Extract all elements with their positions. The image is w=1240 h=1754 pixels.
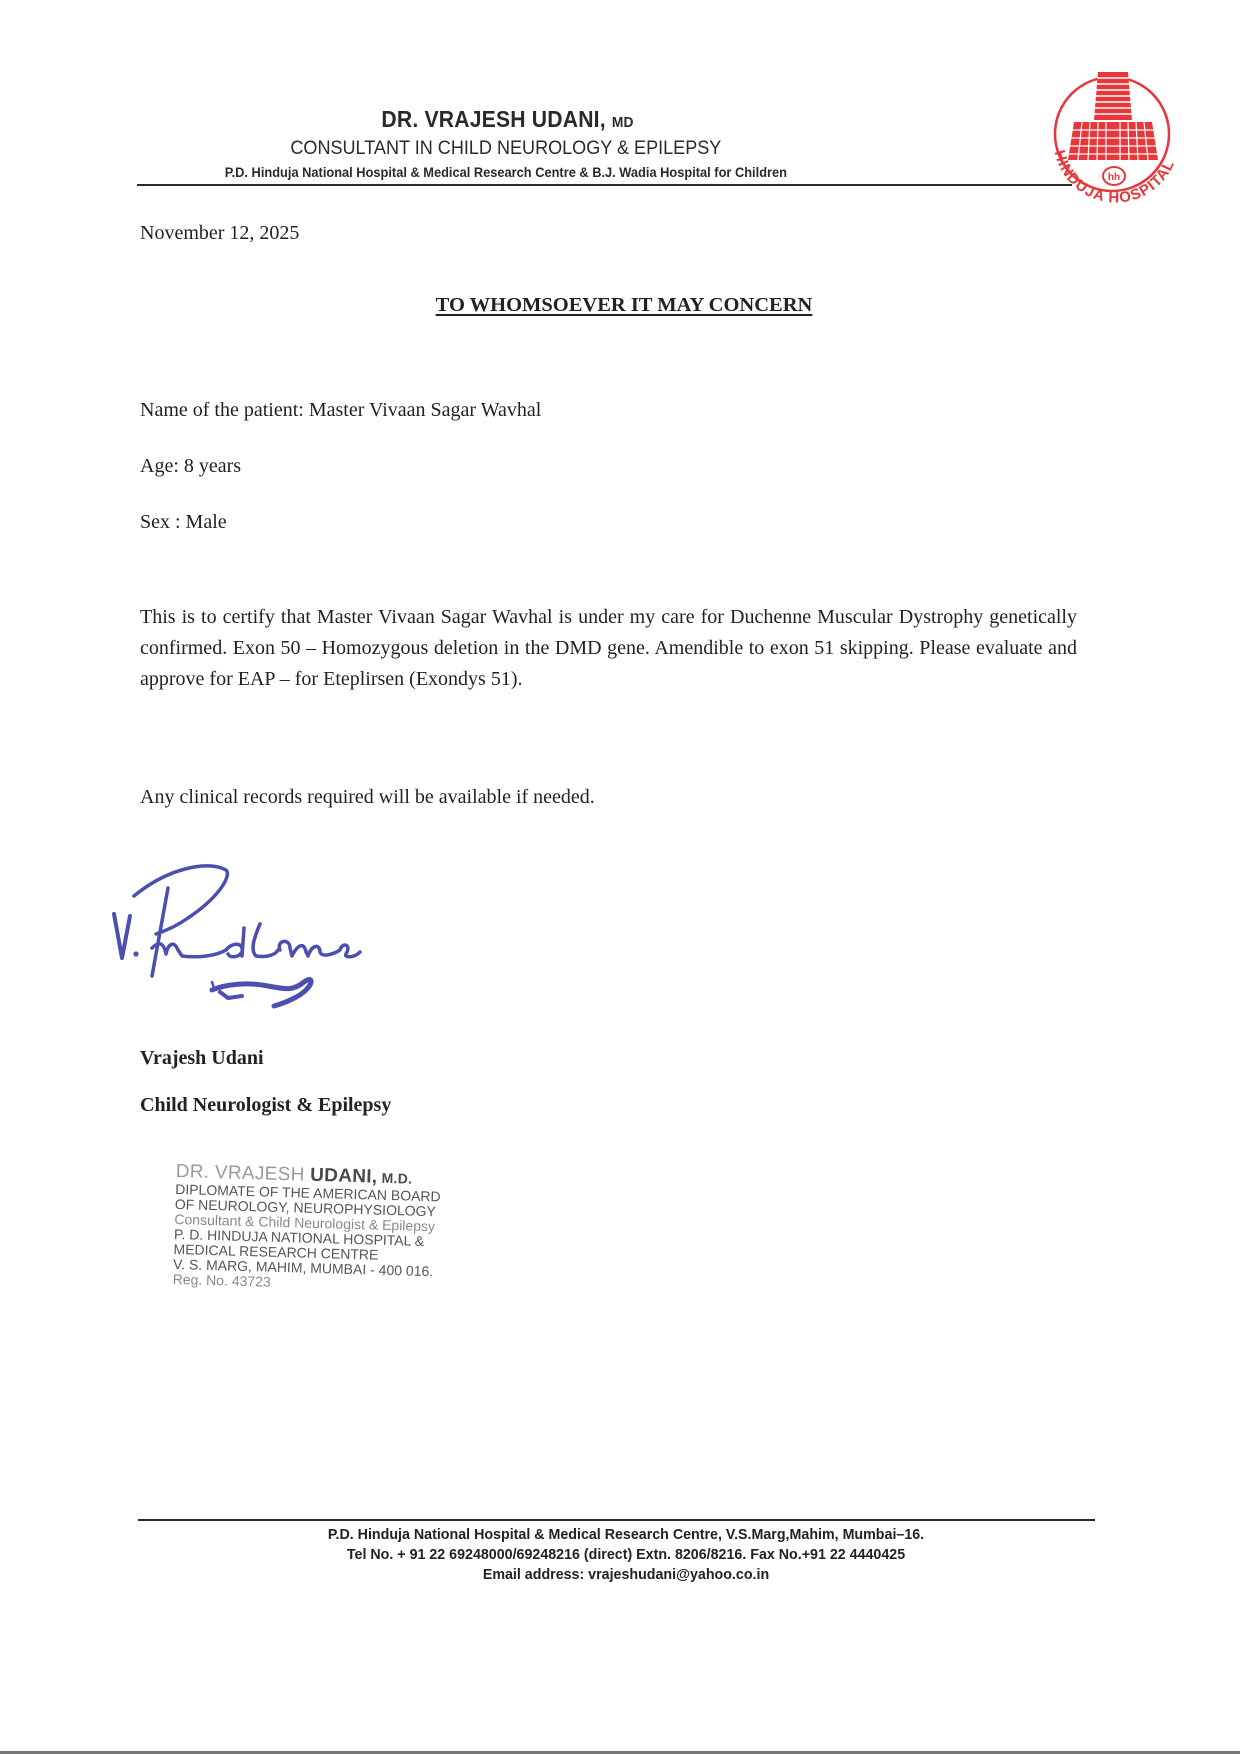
footer-address: P.D. Hinduja National Hospital & Medical… [37,1526,1215,1543]
svg-text:hh: hh [1108,172,1120,183]
letter-heading: TO WHOMSOEVER IT MAY CONCERN [0,294,1240,317]
footer-phone: Tel No. + 91 22 69248000/69248216 (direc… [37,1546,1215,1563]
footer-divider [138,1519,1095,1521]
certification-paragraph: This is to certify that Master Vivaan Sa… [140,602,1077,695]
doctor-degree: MD [612,114,634,131]
letter-date: November 12, 2025 [140,222,299,245]
hinduja-hospital-logo-icon: hh HINDUJA HOSPITAL [1040,62,1190,212]
closing-statement: Any clinical records required will be av… [140,786,595,809]
stamp-header-degree: M.D. [377,1170,412,1187]
patient-sex-field: Sex : Male [140,511,227,534]
signatory-name: Vrajesh Udani [140,1047,264,1070]
doctor-name: DR. VRAJESH UDANI, MD [45,106,971,133]
handwritten-signature-icon [108,858,408,1018]
patient-name-field: Name of the patient: Master Vivaan Sagar… [140,399,541,422]
doctor-name-text: DR. VRAJESH UDANI, [381,106,605,132]
doctor-affiliation: P.D. Hinduja National Hospital & Medical… [28,165,984,180]
signatory-role: Child Neurologist & Epilepsy [140,1094,391,1117]
footer-email: Email address: vrajeshudani@yahoo.co.in [37,1566,1215,1583]
header-divider [137,184,1072,186]
letter-heading-text: TO WHOMSOEVER IT MAY CONCERN [436,294,813,316]
doctor-stamp: DR. VRAJESH UDANI, M.D. DIPLOMATE OF THE… [173,1162,442,1294]
patient-age-field: Age: 8 years [140,455,241,478]
doctor-title: CONSULTANT IN CHILD NEUROLOGY & EPILEPSY [28,138,984,160]
